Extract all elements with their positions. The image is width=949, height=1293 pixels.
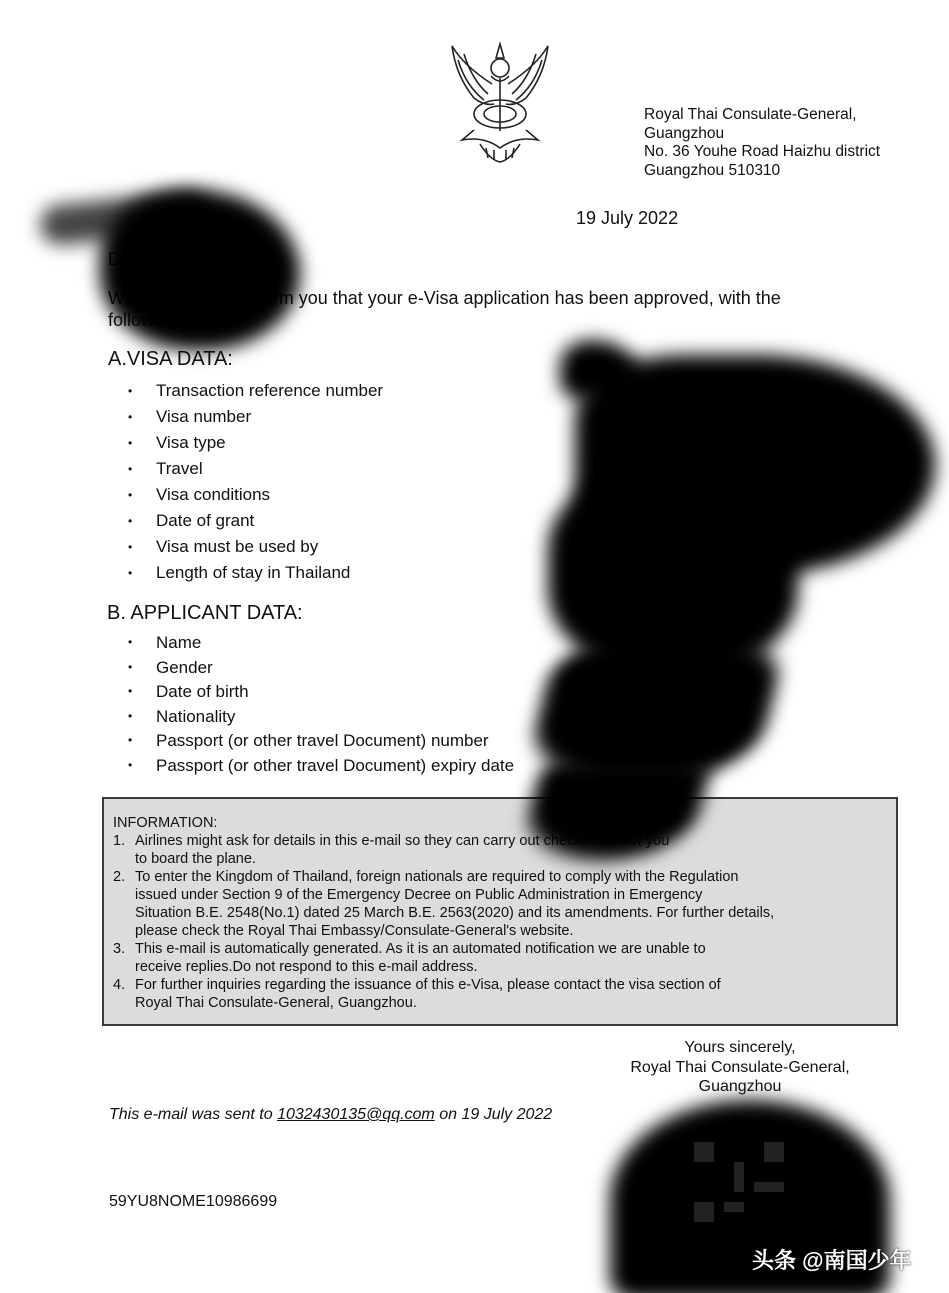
watermark: 头条 @南国少年 (752, 1244, 912, 1275)
field-label: Gender (156, 658, 213, 677)
field-label: Passport (or other travel Document) expi… (156, 756, 514, 775)
bullet-icon: • (128, 656, 132, 679)
bullet-icon: • (128, 483, 132, 507)
bullet-icon: • (128, 631, 132, 654)
information-item: 4.For further inquiries regarding the is… (113, 976, 886, 1012)
letter-date: 19 July 2022 (576, 208, 678, 229)
visa-data-list: •Transaction reference number •Visa numb… (126, 379, 383, 587)
visa-field: •Travel (126, 457, 383, 483)
applicant-field: •Gender (126, 656, 514, 681)
recipient-email-link[interactable]: 1032430135@qq.com (277, 1106, 435, 1123)
field-label: Transaction reference number (156, 381, 383, 400)
qr-code-icon (694, 1142, 802, 1230)
redaction-blob (523, 640, 788, 780)
field-label: Date of grant (156, 511, 254, 530)
applicant-field: •Nationality (126, 705, 514, 730)
visa-field: •Visa conditions (126, 483, 383, 509)
field-label: Passport (or other travel Document) numb… (156, 731, 489, 750)
visa-field: •Visa number (126, 405, 383, 431)
visa-field: •Date of grant (126, 509, 383, 535)
closing-signature: Yours sincerely, Royal Thai Consulate-Ge… (600, 1038, 880, 1097)
information-list: 1.Airlines might ask for details in this… (113, 832, 886, 1012)
field-label: Visa number (156, 407, 251, 426)
bullet-icon: • (128, 561, 132, 585)
visa-field: •Visa must be used by (126, 535, 383, 561)
field-label: Length of stay in Thailand (156, 563, 350, 582)
field-label: Visa must be used by (156, 537, 318, 556)
field-label: Visa conditions (156, 485, 270, 504)
bullet-icon: • (128, 680, 132, 703)
visa-field: •Visa type (126, 431, 383, 457)
address-line: No. 36 Youhe Road Haizhu district (644, 143, 880, 162)
visa-field: •Length of stay in Thailand (126, 561, 383, 587)
applicant-field: •Name (126, 631, 514, 656)
sent-note: This e-mail was sent to 1032430135@qq.co… (109, 1106, 552, 1124)
information-heading: INFORMATION: (113, 814, 886, 832)
bullet-icon: • (128, 405, 132, 429)
consulate-address: Royal Thai Consulate-General, Guangzhou … (644, 106, 880, 180)
bullet-icon: • (128, 509, 132, 533)
applicant-data-list: •Name •Gender •Date of birth •Nationalit… (126, 631, 514, 779)
information-item: 2.To enter the Kingdom of Thailand, fore… (113, 868, 886, 940)
applicant-field: •Date of birth (126, 680, 514, 705)
redaction-blob (100, 190, 300, 350)
bullet-icon: • (128, 754, 132, 777)
address-line: Royal Thai Consulate-General, (644, 106, 880, 125)
information-item: 3.This e-mail is automatically generated… (113, 940, 886, 976)
bullet-icon: • (128, 535, 132, 559)
field-label: Travel (156, 459, 203, 478)
address-line: Guangzhou 510310 (644, 162, 880, 181)
field-label: Date of birth (156, 682, 249, 701)
visa-field: •Transaction reference number (126, 379, 383, 405)
bullet-icon: • (128, 379, 132, 403)
reference-code: 59YU8NOME10986699 (109, 1193, 277, 1211)
information-box: INFORMATION: 1.Airlines might ask for de… (102, 797, 898, 1026)
field-label: Nationality (156, 707, 235, 726)
field-label: Visa type (156, 433, 226, 452)
bullet-icon: • (128, 729, 132, 752)
bullet-icon: • (128, 457, 132, 481)
bullet-icon: • (128, 431, 132, 455)
applicant-field: •Passport (or other travel Document) num… (126, 729, 514, 754)
address-line: Guangzhou (644, 125, 880, 144)
applicant-field: •Passport (or other travel Document) exp… (126, 754, 514, 779)
information-item: 1.Airlines might ask for details in this… (113, 832, 886, 868)
garuda-emblem-icon (444, 36, 556, 166)
visa-data-heading: A.VISA DATA: (108, 348, 233, 371)
bullet-icon: • (128, 705, 132, 728)
field-label: Name (156, 633, 201, 652)
applicant-data-heading: B. APPLICANT DATA: (107, 602, 303, 625)
